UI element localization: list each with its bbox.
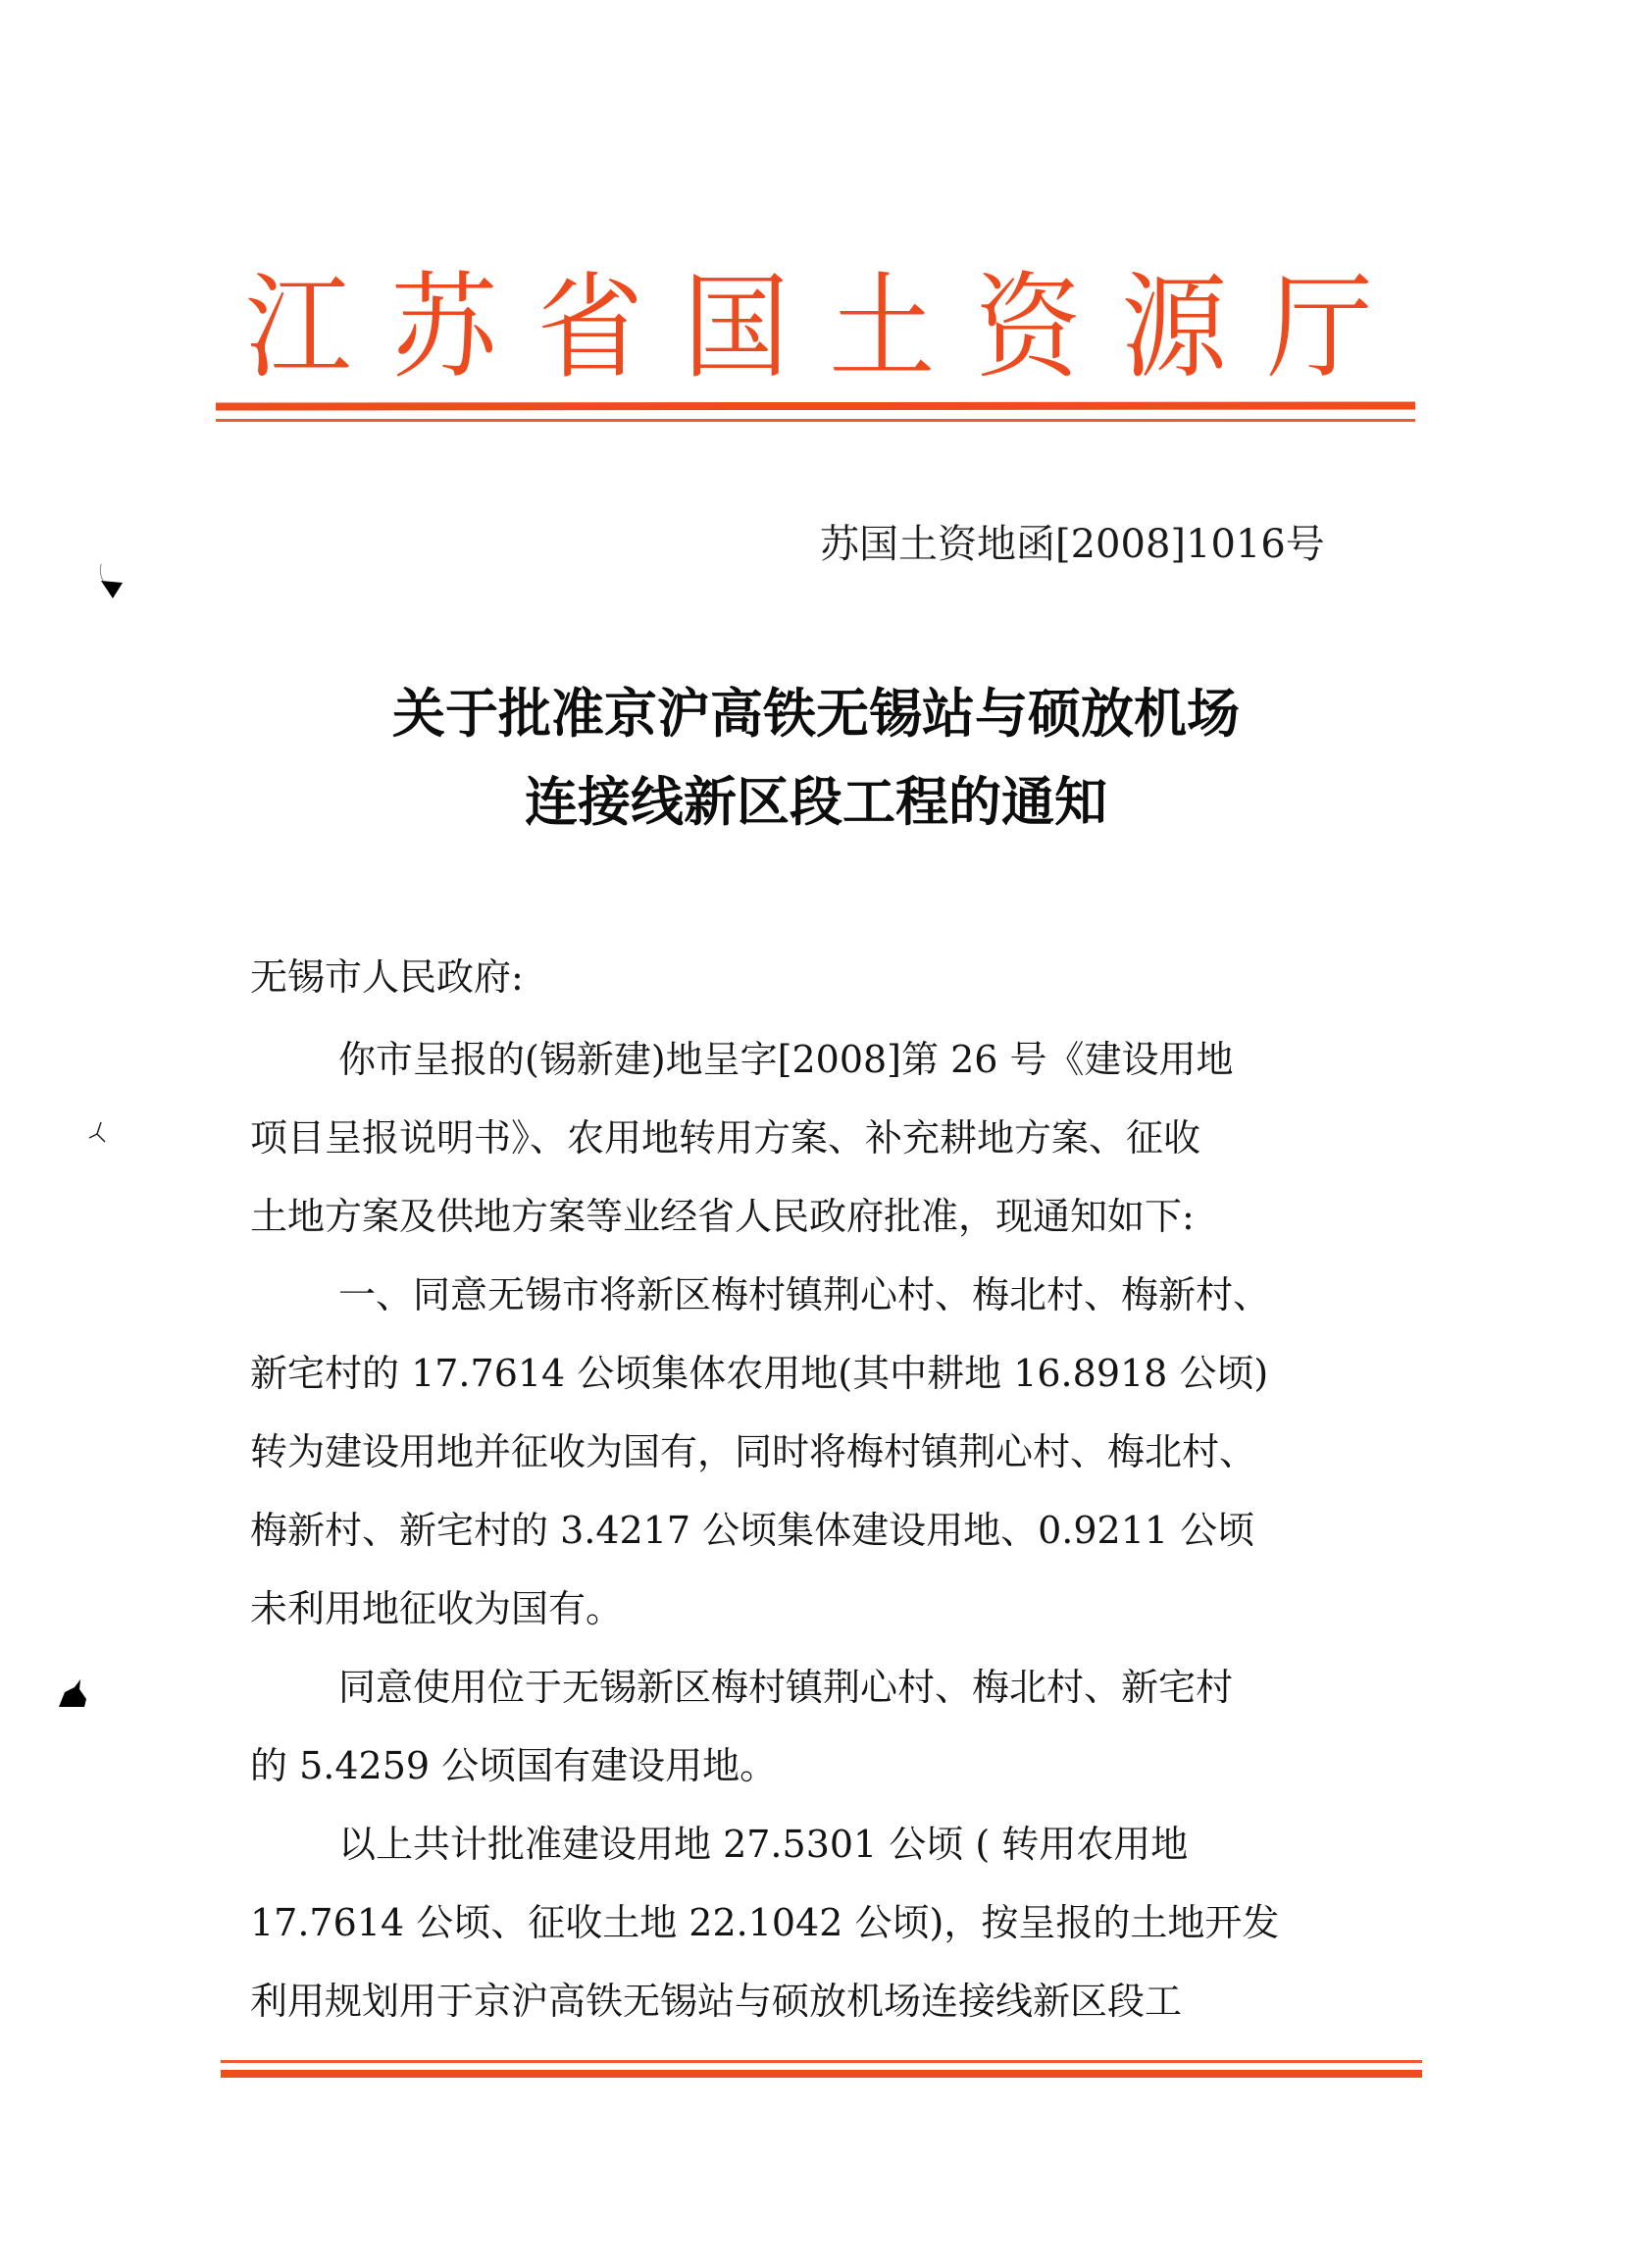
scan-mark-icon: [83, 1118, 113, 1148]
letterhead-char: 江: [245, 272, 351, 387]
body-line: 的 5.4259 公顷国有建设用地。: [250, 1736, 777, 1795]
letterhead-char: 源: [1121, 272, 1227, 387]
body-line: 你市呈报的(锡新建)地呈字[2008]第 26 号《建设用地: [338, 1030, 1378, 1089]
letterhead-char: 国: [684, 272, 790, 387]
body-line: 利用规划用于京沪高铁无锡站与硕放机场连接线新区段工: [250, 1972, 1182, 2031]
header-rule-thin: [216, 419, 1415, 422]
body-line: 项目呈报说明书》、农用地转用方案、补充耕地方案、征收: [250, 1108, 1200, 1167]
scan-mark-icon: [57, 1677, 96, 1717]
body-line: 以上共计批准建设用地 27.5301 公顷 ( 转用农用地: [338, 1815, 1378, 1874]
letterhead-char: 苏: [391, 272, 497, 387]
letterhead-char: 土: [829, 272, 935, 387]
body-line: 17.7614 公顷、征收土地 22.1042 公顷)，按呈报的土地开发: [250, 1893, 1279, 1952]
document-title-line-2: 连接线新区段工程的通知: [0, 768, 1632, 837]
letterhead-char: 厅: [1267, 272, 1373, 387]
footer-rule-thick: [221, 2070, 1422, 2078]
body-line: 土地方案及供地方案等业经省人民政府批准，现通知如下:: [250, 1187, 1195, 1246]
addressee: 无锡市人民政府:: [250, 948, 524, 1006]
footer-rule-thin: [221, 2060, 1422, 2063]
body-line: 转为建设用地并征收为国有，同时将梅村镇荆心村、梅北村、: [250, 1422, 1256, 1481]
body-line: 新宅村的 17.7614 公顷集体农用地(其中耕地 16.8918 公顷): [250, 1344, 1268, 1403]
body-line: 一、同意无锡市将新区梅村镇荆心村、梅北村、梅新村、: [338, 1265, 1378, 1324]
body-line: 梅新村、新宅村的 3.4217 公顷集体建设用地、0.9211 公顷: [250, 1501, 1254, 1560]
letterhead-char: 省: [537, 272, 643, 387]
body-line: 同意使用位于无锡新区梅村镇荆心村、梅北村、新宅村: [338, 1658, 1378, 1717]
letterhead-org-name: 江 苏 省 国 土 资 源 厅: [245, 265, 1373, 392]
document-number: 苏国土资地函[2008]1016号: [820, 517, 1325, 572]
scan-mark-icon: [93, 559, 132, 608]
document-page: 江 苏 省 国 土 资 源 厅 苏国土资地函[2008]1016号 关于批准京沪…: [0, 0, 1632, 2268]
document-title-line-1: 关于批准京沪高铁无锡站与硕放机场: [0, 680, 1632, 748]
header-rule-thick: [216, 401, 1415, 410]
body-line: 未利用地征收为国有。: [250, 1579, 623, 1638]
letterhead-char: 资: [975, 272, 1081, 387]
